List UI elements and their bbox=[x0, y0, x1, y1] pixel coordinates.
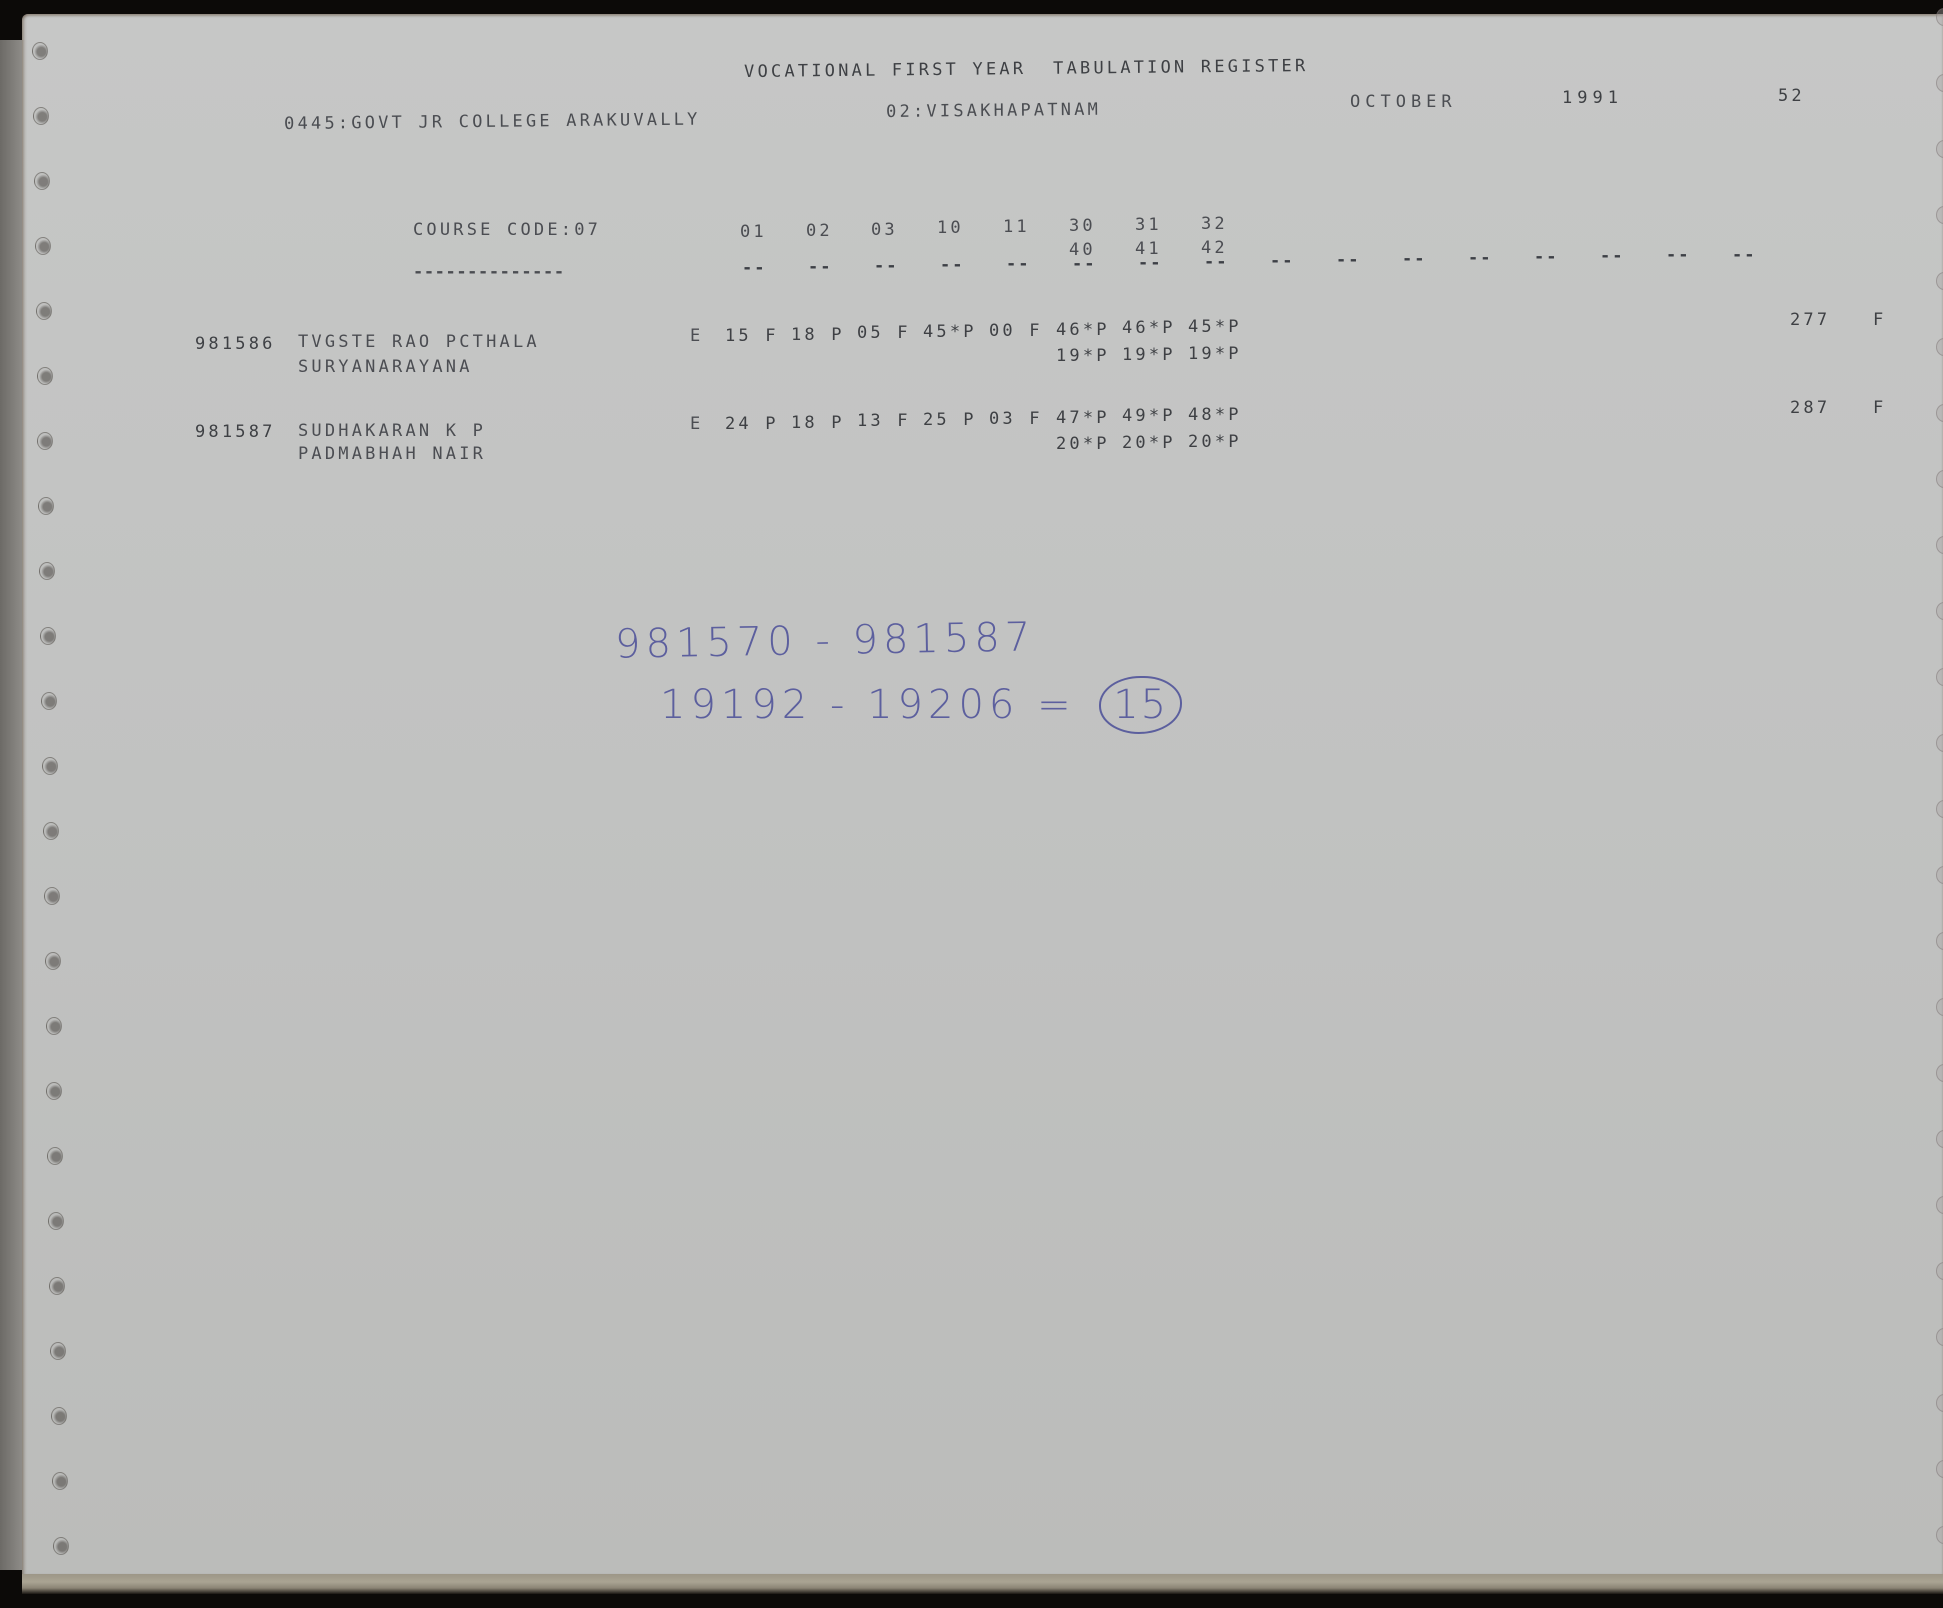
subject-mark: 48*P bbox=[1188, 405, 1242, 425]
tabulation-register-page bbox=[22, 14, 1943, 1576]
medium-code: E bbox=[690, 414, 703, 434]
tractor-feed-hole-icon bbox=[44, 887, 60, 905]
tractor-feed-hole-icon bbox=[45, 952, 61, 970]
subject-mark: 13 F bbox=[857, 411, 911, 431]
subject-mark-secondary: 20*P bbox=[1188, 432, 1242, 452]
column-separator-dash: -- bbox=[1336, 250, 1360, 270]
subject-code: 01 bbox=[740, 222, 767, 242]
column-separator-dash: -- bbox=[1072, 254, 1096, 274]
student-name-line2: PADMABHAH NAIR bbox=[298, 444, 486, 464]
circled-count: 15 bbox=[1099, 676, 1182, 734]
column-separator-dash: -- bbox=[808, 257, 832, 277]
tractor-feed-hole-icon bbox=[52, 1472, 68, 1490]
student-name-line2: SURYANARAYANA bbox=[298, 357, 473, 377]
tractor-feed-hole-icon bbox=[35, 237, 51, 255]
column-separator-dash: -- bbox=[1006, 254, 1030, 274]
tractor-feed-hole-icon bbox=[51, 1407, 67, 1425]
subject-mark: 25 P bbox=[923, 410, 977, 430]
subject-code: 31 bbox=[1135, 215, 1162, 235]
subject-mark-secondary: 19*P bbox=[1056, 346, 1110, 366]
paper-stack-bottom-edge bbox=[22, 1574, 1943, 1594]
hall-ticket-number: 981586 bbox=[195, 334, 276, 354]
tractor-feed-hole-icon bbox=[32, 42, 48, 60]
column-separator-dash: -- bbox=[940, 255, 964, 275]
column-separator-dash: -- bbox=[1402, 249, 1426, 269]
course-code-underline: -------------- bbox=[413, 262, 565, 282]
tractor-feed-hole-icon bbox=[33, 107, 49, 125]
tractor-feed-hole-icon bbox=[43, 822, 59, 840]
subject-code: 30 bbox=[1069, 216, 1096, 236]
tractor-feed-hole-icon bbox=[41, 692, 57, 710]
subject-mark: 46*P bbox=[1056, 320, 1110, 340]
page-number: 52 bbox=[1778, 86, 1805, 106]
subject-code: 03 bbox=[871, 220, 898, 240]
subject-mark: 18 P bbox=[791, 413, 845, 433]
tractor-feed-hole-icon bbox=[36, 302, 52, 320]
subject-mark: 18 P bbox=[791, 325, 845, 345]
subject-mark: 00 F bbox=[989, 321, 1043, 341]
tractor-feed-hole-icon bbox=[42, 757, 58, 775]
total-marks: 287 bbox=[1790, 398, 1830, 418]
column-separator-dash: -- bbox=[1534, 247, 1558, 267]
district-name: 02:VISAKHAPATNAM bbox=[886, 100, 1101, 122]
handwritten-range-line1: 981570 - 981587 bbox=[615, 614, 1036, 667]
tractor-feed-hole-icon bbox=[50, 1342, 66, 1360]
tractor-feed-hole-icon bbox=[34, 172, 50, 190]
subject-code: 10 bbox=[937, 218, 964, 238]
subject-code: 32 bbox=[1201, 214, 1228, 234]
column-separator-dash: -- bbox=[742, 258, 766, 278]
student-name-line1: TVGSTE RAO PCTHALA bbox=[298, 332, 540, 352]
subject-mark: 46*P bbox=[1122, 318, 1176, 338]
tractor-feed-hole-icon bbox=[53, 1537, 69, 1555]
subject-code: 02 bbox=[806, 221, 833, 241]
subject-mark: 05 F bbox=[857, 323, 911, 343]
result-status: F bbox=[1873, 398, 1886, 418]
hall-ticket-number: 981587 bbox=[195, 422, 276, 442]
tractor-feed-hole-icon bbox=[40, 627, 56, 645]
tractor-feed-hole-icon bbox=[49, 1277, 65, 1295]
course-code-label: COURSE CODE:07 bbox=[413, 220, 601, 240]
column-separator-dash: -- bbox=[1138, 253, 1162, 273]
result-status: F bbox=[1873, 310, 1886, 330]
column-separator-dash: -- bbox=[1204, 252, 1228, 272]
medium-code: E bbox=[690, 326, 703, 346]
subject-mark-secondary: 20*P bbox=[1122, 433, 1176, 453]
tractor-feed-hole-icon bbox=[46, 1017, 62, 1035]
subject-code: 11 bbox=[1003, 217, 1030, 237]
column-separator-dash: -- bbox=[874, 256, 898, 276]
column-separator-dash: -- bbox=[1666, 245, 1690, 265]
exam-month: OCTOBER bbox=[1350, 92, 1457, 112]
student-name-line1: SUDHAKARAN K P bbox=[298, 421, 486, 441]
subject-mark-secondary: 19*P bbox=[1122, 345, 1176, 365]
subject-mark: 49*P bbox=[1122, 406, 1176, 426]
subject-mark: 47*P bbox=[1056, 408, 1110, 428]
subject-mark-secondary: 19*P bbox=[1188, 344, 1242, 364]
subject-mark: 24 P bbox=[725, 414, 779, 434]
column-separator-dash: -- bbox=[1600, 246, 1624, 266]
subject-mark: 45*P bbox=[1188, 317, 1242, 337]
subject-mark: 03 F bbox=[989, 409, 1043, 429]
exam-year: 1991 bbox=[1562, 88, 1623, 108]
tractor-feed-hole-icon bbox=[37, 367, 53, 385]
subject-mark: 15 F bbox=[725, 326, 779, 346]
subject-mark-secondary: 20*P bbox=[1056, 434, 1110, 454]
column-separator-dash: -- bbox=[1732, 245, 1756, 265]
subject-mark: 45*P bbox=[923, 322, 977, 342]
column-separator-dash: -- bbox=[1468, 248, 1492, 268]
total-marks: 277 bbox=[1790, 310, 1830, 330]
handwritten-range-line2: 19192 - 19206 = bbox=[660, 682, 1076, 728]
column-separator-dash: -- bbox=[1270, 251, 1294, 271]
